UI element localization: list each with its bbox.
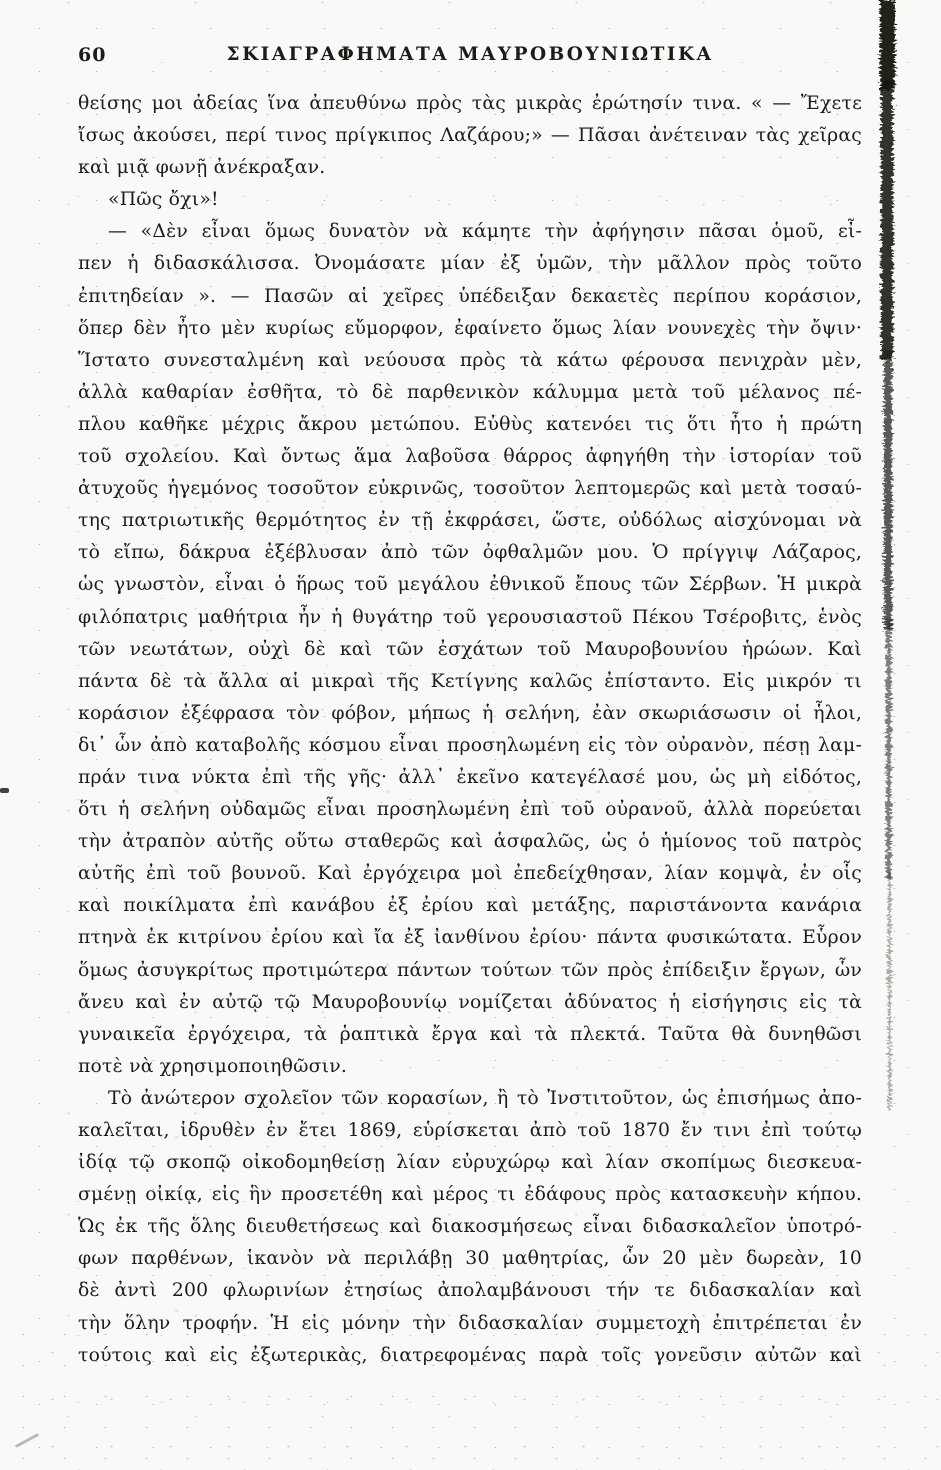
text-line: Ὡς ἐκ τῆς ὅλης διευθετήσεως καὶ διακοσμή… [78, 1211, 862, 1243]
text-line: ἀλλὰ καθαρίαν ἐσθῆτα, τὸ δὲ παρθενικὸν κ… [78, 377, 862, 409]
text-line: καὶ ποικίλματα ἐπὶ κανάβου ἐξ ἐρίου καὶ … [78, 890, 862, 922]
text-line: τὴν ὅλην τροφήν. Ἡ εἰς μόνην τὴν διδασκα… [78, 1308, 862, 1340]
text-line: πλου καθῆκε μέχρις ἄκρου μετώπου. Εὐθὺς … [78, 409, 862, 441]
text-line: ἐπιτηδείαν ». — Πασῶν αἱ χεῖρες ὑπέδειξα… [78, 281, 862, 313]
text-line: πτηνὰ ἐκ κιτρίνου ἐρίου καὶ ἴα ἐξ ἰανθίν… [78, 922, 862, 954]
text-line: φιλόπατρις μαθήτρια ἦν ἡ θυγάτηρ τοῦ γερ… [78, 602, 862, 634]
text-line: αὐτῆς ἐπὶ τοῦ βουνοῦ. Καὶ ἐργόχειρα μοὶ … [78, 858, 862, 890]
text-line: δι᾽ ὧν ἀπὸ καταβολῆς κόσμου εἶναι προσηλ… [78, 730, 862, 762]
text-line: καὶ μιᾷ φωνῇ ἀνέκραξαν. [78, 152, 862, 184]
text-line: «Πῶς ὄχι»! [78, 184, 862, 216]
text-line: γυναικεῖα ἐργόχειρα, τὰ ῥαπτικὰ ἔργα καὶ… [78, 1019, 862, 1051]
text-line: ἄνευ καὶ ἐν αὐτῷ τῷ Μαυροβουνίῳ νομίζετα… [78, 987, 862, 1019]
text-line: ὅμως ἀσυγκρίτως προτιμώτερα πάντων τούτω… [78, 955, 862, 987]
text-line: κοράσιον ἐξέφρασα τὸν φόβον, μήπως ἡ σελ… [78, 698, 862, 730]
text-line: ἀτυχοῦς ἡγεμόνος τοσοῦτον εὐκρινῶς, τοσο… [78, 473, 862, 505]
text-line: πράν τινα νύκτα ἐπὶ τῆς γῆς· ἀλλ᾽ ἐκεῖνο… [78, 762, 862, 794]
body-text: θείσης μοι ἀδείας ἵνα ἀπευθύνω πρὸς τὰς … [78, 88, 862, 1372]
text-line: ποτὲ νὰ χρησιμοποιηθῶσιν. [78, 1051, 862, 1083]
text-line: Ἵστατο συνεσταλμένη καὶ νεύουσα πρὸς τὰ … [78, 345, 862, 377]
page-header: 60 ΣΚΙΑΓΡΑΦΗΜΑΤΑ ΜΑΥΡΟΒΟΥΝΙΩΤΙΚΑ [78, 44, 862, 70]
text-line: ὡς γνωστὸν, εἶναι ὁ ἥρως τοῦ μεγάλου ἐθν… [78, 569, 862, 601]
text-line: της πατριωτικῆς θερμότητος ἐν τῇ ἐκφράσε… [78, 505, 862, 537]
text-line: καλεῖται, ἱδρυθὲν ἐν ἔτει 1869, εὑρίσκετ… [78, 1115, 862, 1147]
corner-smudge-mark [15, 1433, 39, 1448]
text-line: ὅπερ δὲν ἦτο μὲν κυρίως εὔμορφον, ἐφαίνε… [78, 313, 862, 345]
stray-ink-mark [0, 788, 9, 793]
text-line: τῶν νεωτάτων, οὐχὶ δὲ καὶ τῶν ἐσχάτων το… [78, 634, 862, 666]
text-line: ἴσως ἀκούσει, περί τινος πρίγκιπος Λαζάρ… [78, 120, 862, 152]
text-line: — «Δὲν εἶναι ὅμως δυνατὸν νὰ κάμητε τὴν … [78, 216, 862, 248]
text-line: τὸ εἴπω, δάκρυα ἐξέβλυσαν ἀπὸ τῶν ὀφθαλμ… [78, 537, 862, 569]
text-line: τὴν ἀτραπὸν αὐτῆς οὕτω σταθερῶς καὶ ἀσφα… [78, 826, 862, 858]
book-page: 60 ΣΚΙΑΓΡΑΦΗΜΑΤΑ ΜΑΥΡΟΒΟΥΝΙΩΤΙΚΑ θείσης … [0, 0, 941, 1470]
text-line: δὲ ἀντὶ 200 φλωρινίων ἐτησίως ἀπολαμβάνο… [78, 1275, 862, 1307]
text-line: πεν ἡ διδασκάλισσα. Ὀνομάσατε μίαν ἐξ ὑμ… [78, 248, 862, 280]
running-title: ΣΚΙΑΓΡΑΦΗΜΑΤΑ ΜΑΥΡΟΒΟΥΝΙΩΤΙΚΑ [78, 44, 862, 65]
text-line: τούτοις καὶ εἰς ἐξωτερικὰς, διατρεφομένα… [78, 1340, 862, 1372]
text-line: Τὸ ἀνώτερον σχολεῖον τῶν κορασίων, ἢ τὸ … [78, 1083, 862, 1115]
text-line: ὅτι ἡ σελήνη οὐδαμῶς εἶναι προσηλωμένη ἐ… [78, 794, 862, 826]
text-line: τοῦ σχολείου. Καὶ ὄντως ἅμα λαβοῦσα θάρρ… [78, 441, 862, 473]
text-line: σμένῃ οἰκίᾳ, εἰς ἣν προσετέθη καὶ μέρος … [78, 1179, 862, 1211]
text-line: πάντα δὲ τὰ ἄλλα αἱ μικραὶ τῆς Κετίγνης … [78, 666, 862, 698]
text-line: ἰδίᾳ τῷ σκοπῷ οἰκοδομηθείσῃ λίαν εὐρυχώρ… [78, 1147, 862, 1179]
text-line: φων παρθένων, ἱκανὸν νὰ περιλάβῃ 30 μαθη… [78, 1243, 862, 1275]
text-line: θείσης μοι ἀδείας ἵνα ἀπευθύνω πρὸς τὰς … [78, 88, 862, 120]
scan-edge-artifact [868, 0, 916, 1140]
